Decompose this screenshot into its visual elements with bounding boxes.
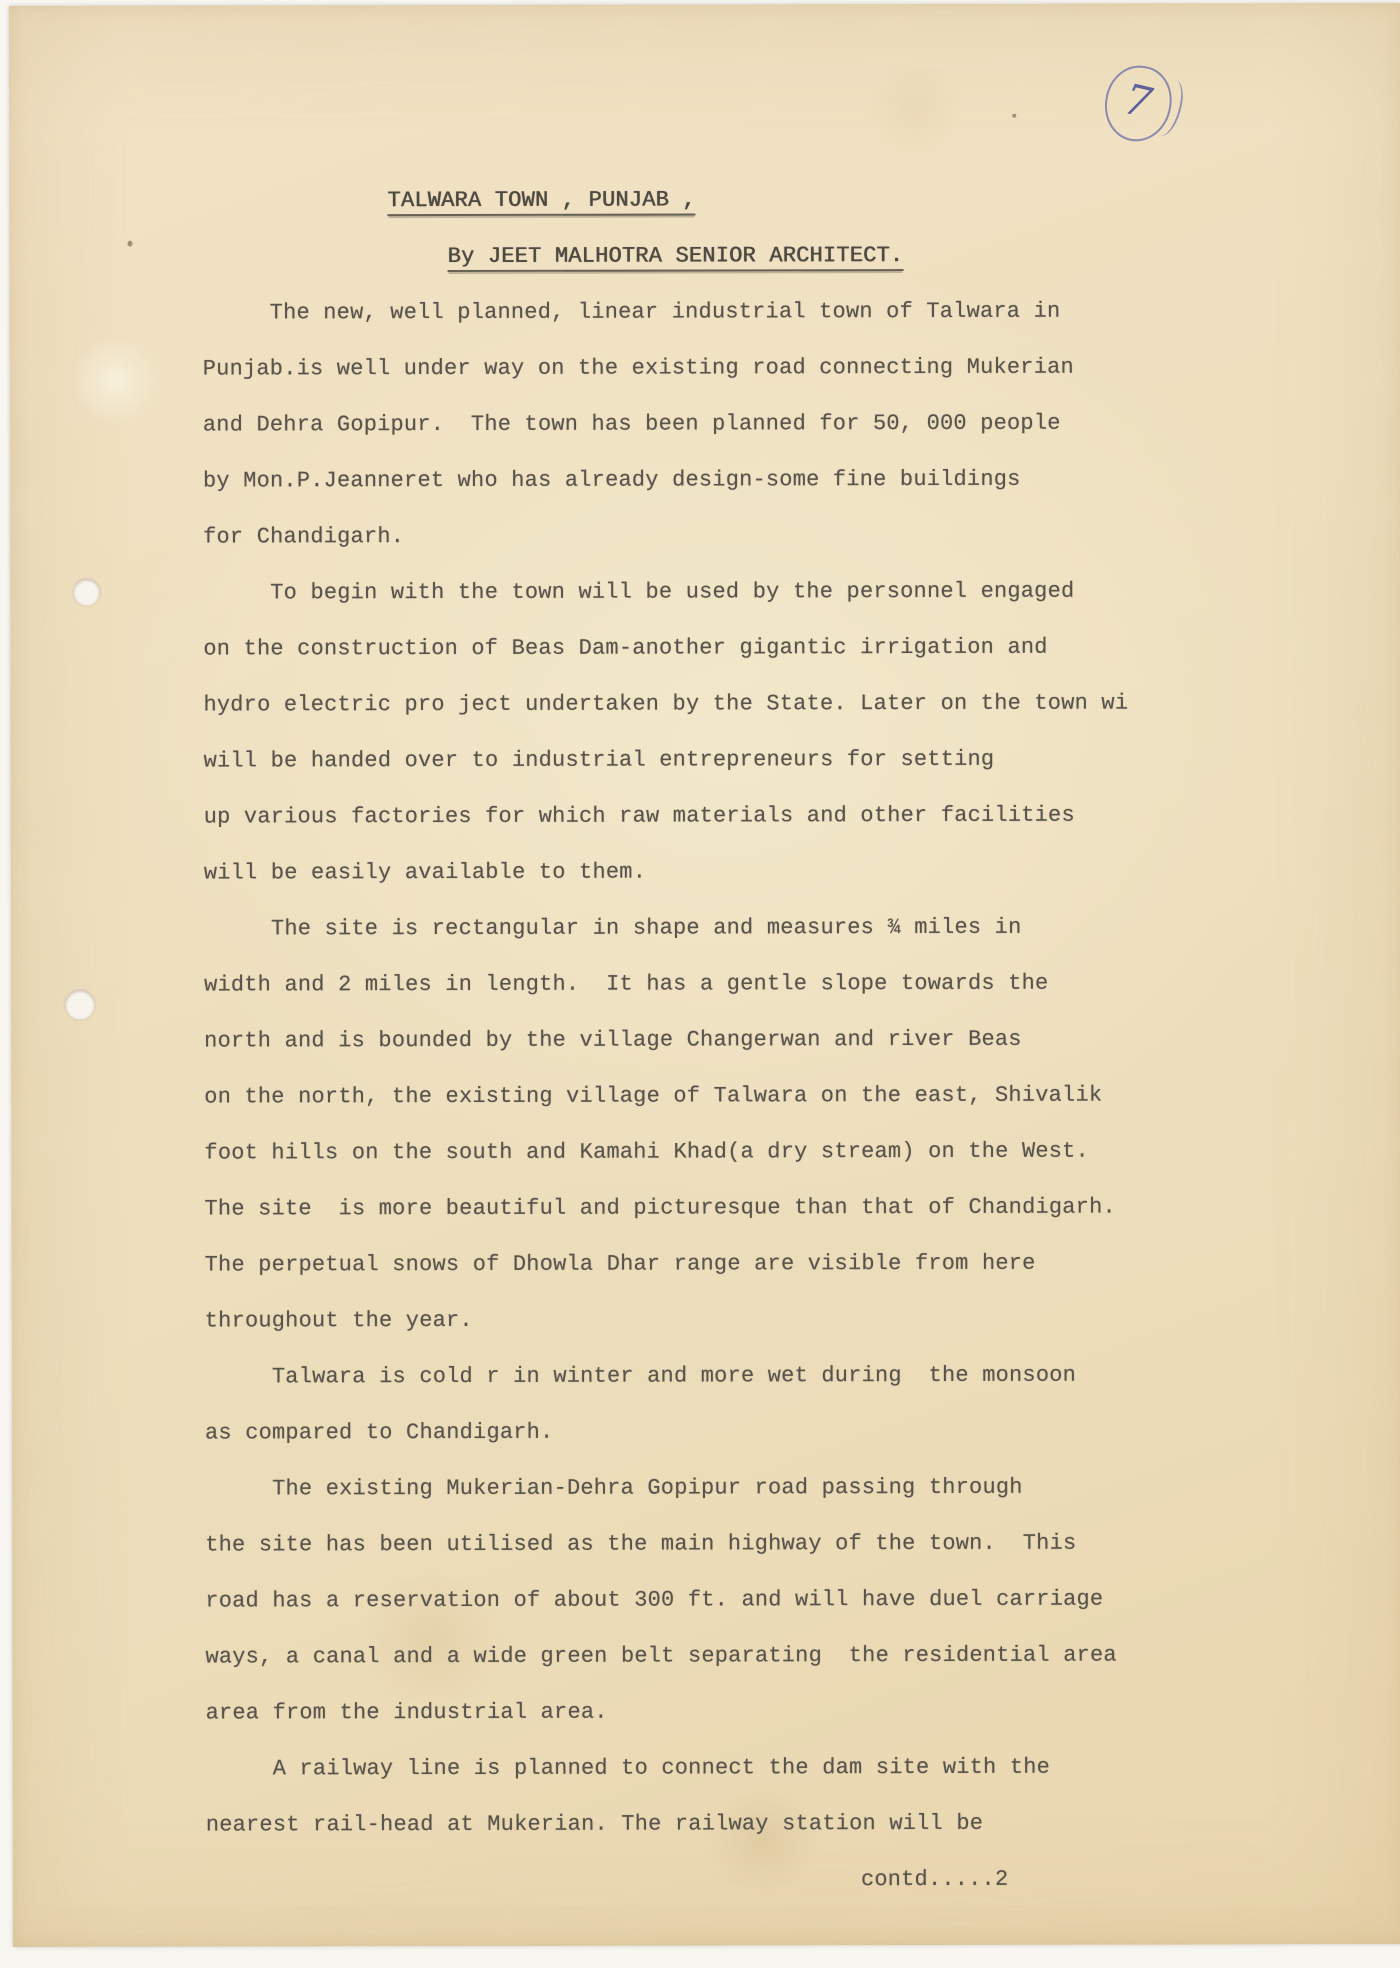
typed-line-text: contd.....2 bbox=[861, 1867, 1008, 1892]
typed-line-body: by Mon.P.Jeanneret who has already desig… bbox=[203, 451, 1383, 509]
typed-line-text: area from the industrial area. bbox=[206, 1700, 608, 1726]
handwritten-page-number-circle: 7 bbox=[1099, 60, 1177, 146]
typed-line-text: and Dehra Gopipur. The town has been pla… bbox=[203, 411, 1061, 438]
typed-line-body: for Chandigarh. bbox=[203, 507, 1383, 565]
typed-line-body: the site has been utilised as the main h… bbox=[205, 1515, 1385, 1573]
typed-line-body: The new, well planned, linear industrial… bbox=[203, 283, 1383, 341]
typed-line-text: as compared to Chandigarh. bbox=[205, 1420, 554, 1446]
typed-line-body: The existing Mukerian-Dehra Gopipur road… bbox=[205, 1459, 1385, 1517]
typed-line-body: Talwara is cold r in winter and more wet… bbox=[205, 1347, 1385, 1405]
typed-line-body: A railway line is planned to connect the… bbox=[206, 1739, 1386, 1797]
typed-line-body: The site is more beautiful and picturesq… bbox=[204, 1179, 1384, 1237]
document-page: 7 TALWARA TOWN , PUNJAB ,By JEET MALHOTR… bbox=[9, 3, 1400, 1947]
typed-line-text: on the construction of Beas Dam-another … bbox=[203, 635, 1047, 662]
typed-line-body: and Dehra Gopipur. The town has been pla… bbox=[203, 395, 1383, 453]
typed-line-body: will be handed over to industrial entrep… bbox=[204, 731, 1384, 789]
paper-stain bbox=[70, 336, 160, 426]
typed-text-block: TALWARA TOWN , PUNJAB ,By JEET MALHOTRA … bbox=[202, 171, 1386, 1909]
typed-line-title: TALWARA TOWN , PUNJAB , bbox=[202, 171, 1382, 229]
ink-speck bbox=[1012, 114, 1016, 118]
typed-line-text: throughout the year. bbox=[205, 1308, 473, 1334]
handwritten-page-number: 7 bbox=[1119, 73, 1157, 130]
typed-line-text: The new, well planned, linear industrial… bbox=[203, 299, 1061, 326]
typed-line-text: Talwara is cold r in winter and more wet… bbox=[205, 1363, 1076, 1390]
typed-line-body: on the north, the existing village of Ta… bbox=[204, 1067, 1384, 1125]
typed-line-text: nearest rail-head at Mukerian. The railw… bbox=[206, 1811, 983, 1838]
typed-line-text: road has a reservation of about 300 ft. … bbox=[205, 1587, 1103, 1614]
typed-line-body: area from the industrial area. bbox=[206, 1683, 1386, 1741]
typed-line-text: foot hills on the south and Kamahi Khad(… bbox=[204, 1139, 1089, 1166]
typed-line-body: The site is rectangular in shape and mea… bbox=[204, 899, 1384, 957]
typed-line-text: width and 2 miles in length. It has a ge… bbox=[204, 971, 1048, 998]
scan-background: { "scan": { "paper_color": "#eee0bf", "i… bbox=[0, 0, 1400, 1968]
typed-line-text: on the north, the existing village of Ta… bbox=[204, 1083, 1102, 1110]
paper-stain bbox=[859, 64, 969, 154]
typed-line-text: for Chandigarh. bbox=[203, 524, 404, 549]
typed-line-text: By JEET MALHOTRA SENIOR ARCHITECT. bbox=[448, 243, 904, 272]
punch-hole-bottom bbox=[65, 990, 95, 1020]
typed-line-body: throughout the year. bbox=[205, 1291, 1385, 1349]
typed-line-text: The site is more beautiful and picturesq… bbox=[204, 1195, 1115, 1222]
ink-speck bbox=[127, 241, 132, 247]
typed-line-text: To begin with the town will be used by t… bbox=[203, 579, 1074, 606]
typed-line-body: To begin with the town will be used by t… bbox=[203, 563, 1383, 621]
typed-line-byline: By JEET MALHOTRA SENIOR ARCHITECT. bbox=[202, 227, 1382, 285]
typed-line-body: north and is bounded by the village Chan… bbox=[204, 1011, 1384, 1069]
typed-line-body: ways, a canal and a wide green belt sepa… bbox=[205, 1627, 1385, 1685]
typed-line-body: foot hills on the south and Kamahi Khad(… bbox=[204, 1123, 1384, 1181]
typed-line-body: road has a reservation of about 300 ft. … bbox=[205, 1571, 1385, 1629]
typed-line-text: TALWARA TOWN , PUNJAB , bbox=[387, 187, 695, 216]
typed-line-text: will be easily available to them. bbox=[204, 860, 646, 886]
typed-line-text: The site is rectangular in shape and mea… bbox=[204, 915, 1022, 942]
typed-line-text: will be handed over to industrial entrep… bbox=[204, 747, 995, 774]
typed-line-body: The perpetual snows of Dhowla Dhar range… bbox=[205, 1235, 1385, 1293]
typed-line-body: hydro electric pro ject undertaken by th… bbox=[203, 675, 1383, 733]
typed-line-body: on the construction of Beas Dam-another … bbox=[203, 619, 1383, 677]
punch-hole-top bbox=[73, 579, 100, 606]
typed-line-body: Punjab.is well under way on the existing… bbox=[203, 339, 1383, 397]
typed-line-text: the site has been utilised as the main h… bbox=[205, 1531, 1076, 1558]
typed-line-text: hydro electric pro ject undertaken by th… bbox=[203, 691, 1128, 718]
typed-line-text: Punjab.is well under way on the existing… bbox=[203, 355, 1074, 382]
typed-line-body: will be easily available to them. bbox=[204, 843, 1384, 901]
typed-line-body: nearest rail-head at Mukerian. The railw… bbox=[206, 1795, 1386, 1853]
typed-line-text: up various factories for which raw mater… bbox=[204, 803, 1075, 830]
typed-line-footer: contd.....2 bbox=[206, 1851, 1386, 1909]
typed-line-text: The existing Mukerian-Dehra Gopipur road… bbox=[205, 1475, 1023, 1502]
typed-line-text: north and is bounded by the village Chan… bbox=[204, 1027, 1022, 1054]
typed-line-body: as compared to Chandigarh. bbox=[205, 1403, 1385, 1461]
typed-line-text: ways, a canal and a wide green belt sepa… bbox=[205, 1643, 1116, 1670]
typed-line-text: The perpetual snows of Dhowla Dhar range… bbox=[205, 1251, 1036, 1278]
typed-line-text: A railway line is planned to connect the… bbox=[206, 1755, 1050, 1782]
typed-line-text: by Mon.P.Jeanneret who has already desig… bbox=[203, 467, 1021, 494]
typed-line-body: up various factories for which raw mater… bbox=[204, 787, 1384, 845]
typed-line-body: width and 2 miles in length. It has a ge… bbox=[204, 955, 1384, 1013]
